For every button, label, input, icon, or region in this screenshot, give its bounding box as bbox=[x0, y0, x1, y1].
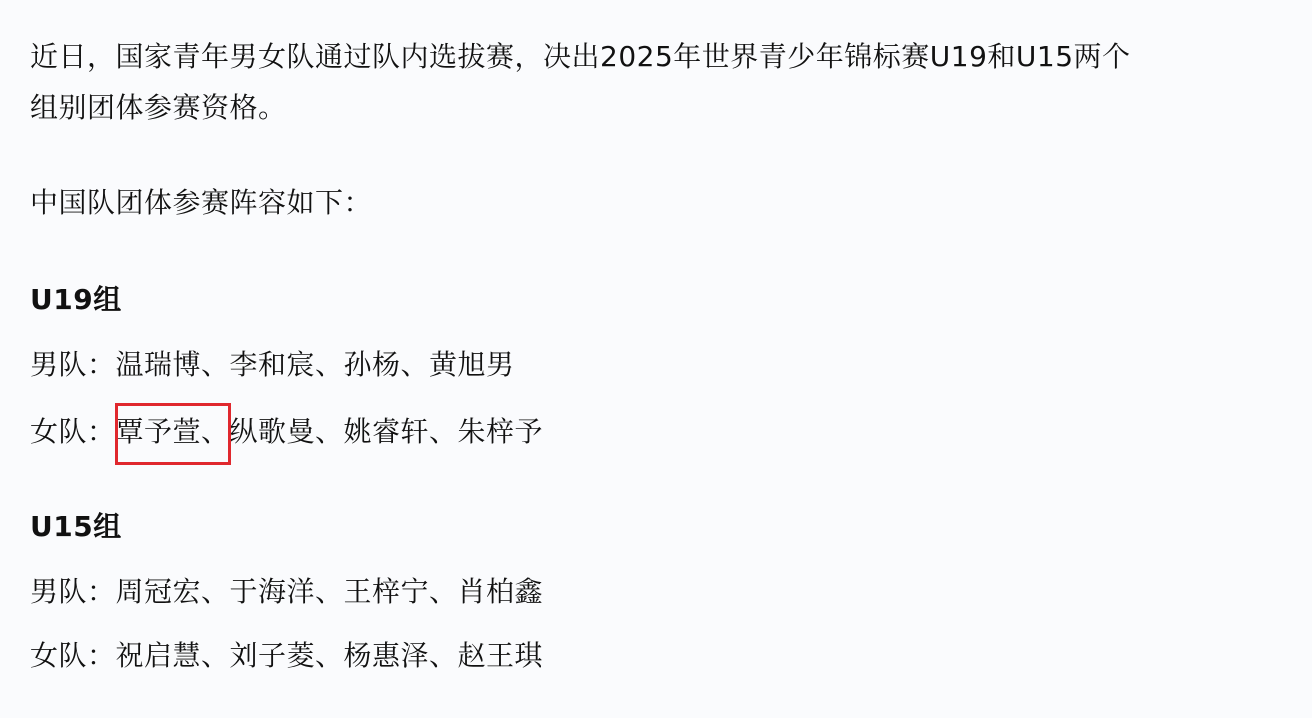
u15-men-row: 男队：周冠宏、于海洋、王梓宁、肖柏鑫 bbox=[30, 572, 543, 612]
u19-men-label: 男队： bbox=[30, 348, 116, 381]
u19-men-names: 温瑞博、李和宸、孙杨、黄旭男 bbox=[116, 348, 515, 381]
u15-women-names: 祝启慧、刘子菱、杨惠泽、赵王琪 bbox=[116, 639, 544, 672]
u19-women-names: 、纵歌曼、姚睿轩、朱梓予 bbox=[201, 415, 543, 448]
intro-line-2: 组别团体参赛资格。 bbox=[30, 88, 287, 128]
intro-line-1: 近日，国家青年男女队通过队内选拔赛，决出2025年世界青少年锦标赛U19和U15… bbox=[30, 37, 1131, 77]
u15-women-row: 女队：祝启慧、刘子菱、杨惠泽、赵王琪 bbox=[30, 636, 543, 676]
u15-men-names: 周冠宏、于海洋、王梓宁、肖柏鑫 bbox=[116, 575, 544, 608]
group-u15-title: U15组 bbox=[30, 507, 122, 547]
lineup-title: 中国队团体参赛阵容如下： bbox=[30, 183, 372, 223]
u15-women-label: 女队： bbox=[30, 639, 116, 672]
red-highlight-box bbox=[115, 403, 231, 465]
group-u19-title: U19组 bbox=[30, 280, 122, 320]
u19-women-label: 女队： bbox=[30, 415, 116, 448]
u19-men-row: 男队：温瑞博、李和宸、孙杨、黄旭男 bbox=[30, 345, 515, 385]
u19-women-row: 女队：覃予萱、纵歌曼、姚睿轩、朱梓予 bbox=[30, 412, 543, 452]
u15-men-label: 男队： bbox=[30, 575, 116, 608]
